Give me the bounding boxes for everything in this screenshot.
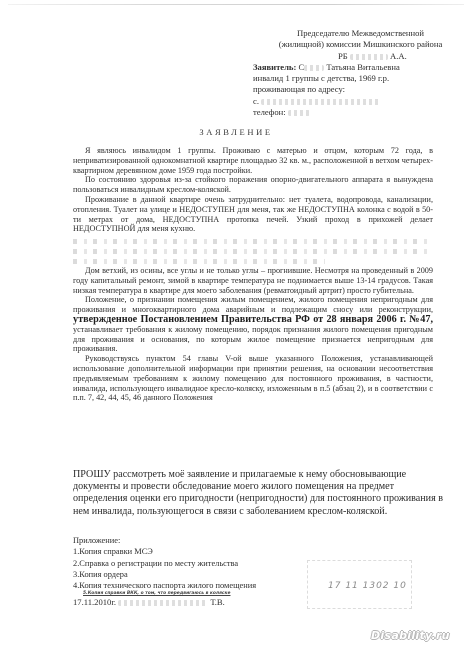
paragraph-1: Я являюсь инвалидом 1 группы. Проживаю с… [73, 146, 433, 175]
addressee-line-1: Председателю Межведомственной [253, 28, 468, 39]
paragraph-4: Дом ветхий, из осины, все углы и не толь… [73, 266, 433, 295]
redacted-paragraph [73, 236, 433, 269]
paragraph-5: Положение, о признании помещения жилым п… [73, 295, 433, 354]
site-watermark: Disability.ru [371, 629, 450, 642]
signature-initials: Т.В. [210, 597, 224, 607]
attachment-item: 4.Копия технического паспорта жилого пом… [73, 580, 333, 591]
attachment-item: 2.Справка о регистрации по месту жительс… [73, 558, 333, 569]
redacted-signature [118, 600, 208, 606]
page-top-edge [8, 4, 464, 5]
redacted-surname [304, 65, 324, 71]
redacted-name [350, 54, 388, 60]
signature-line: 17.11.2010г. Т.В. [73, 597, 333, 608]
redacted-address [261, 99, 381, 105]
attachment-item: 1.Копия справки МСЭ [73, 546, 333, 557]
paragraph-2: По состоянию здоровья из-за стойкого пор… [73, 175, 433, 195]
phone-line: телефон: [253, 107, 468, 118]
body-section-2: Дом ветхий, из осины, все углы и не толь… [73, 266, 433, 403]
applicant-status: инвалид 1 группы с детства, 1969 г.р. [253, 73, 468, 84]
request-paragraph: ПРОШУ рассмотреть моё заявление и прилаг… [73, 469, 443, 518]
registration-stamp: 17 11 1302 10 [307, 560, 412, 609]
attachment-item: 3.Копия ордера [73, 569, 333, 580]
paragraph-6: Руководствуясь пунктом 54 главы V-ой выш… [73, 354, 433, 403]
addressee-block: Председателю Межведомственной (жилищной)… [253, 28, 468, 118]
addressee-line-2: (жилищной) комиссии Мишкинского района [253, 39, 468, 50]
attachments-list: Приложение: 1.Копия справки МСЭ 2.Справк… [73, 535, 333, 608]
paragraph-3: Проживание в данной квартире очень затру… [73, 195, 433, 234]
applicant-line: Заявитель: С Татьяна Витальевна [253, 62, 468, 73]
attachments-heading: Приложение: [73, 535, 333, 546]
decree-reference: утвержденное Постановлением Правительств… [73, 314, 433, 325]
document-title: ЗАЯВЛЕНИЕ [0, 127, 472, 137]
redacted-phone [288, 110, 310, 116]
body-section-1: Я являюсь инвалидом 1 группы. Проживаю с… [73, 146, 433, 234]
addressee-line-3: РБ А.А. [253, 51, 468, 62]
signature-date: 17.11.2010г. [73, 597, 116, 607]
address-label: проживающая по адресу: [253, 84, 468, 95]
address-value: с. [253, 96, 468, 107]
stamp-number: 17 11 1302 10 [328, 581, 407, 591]
